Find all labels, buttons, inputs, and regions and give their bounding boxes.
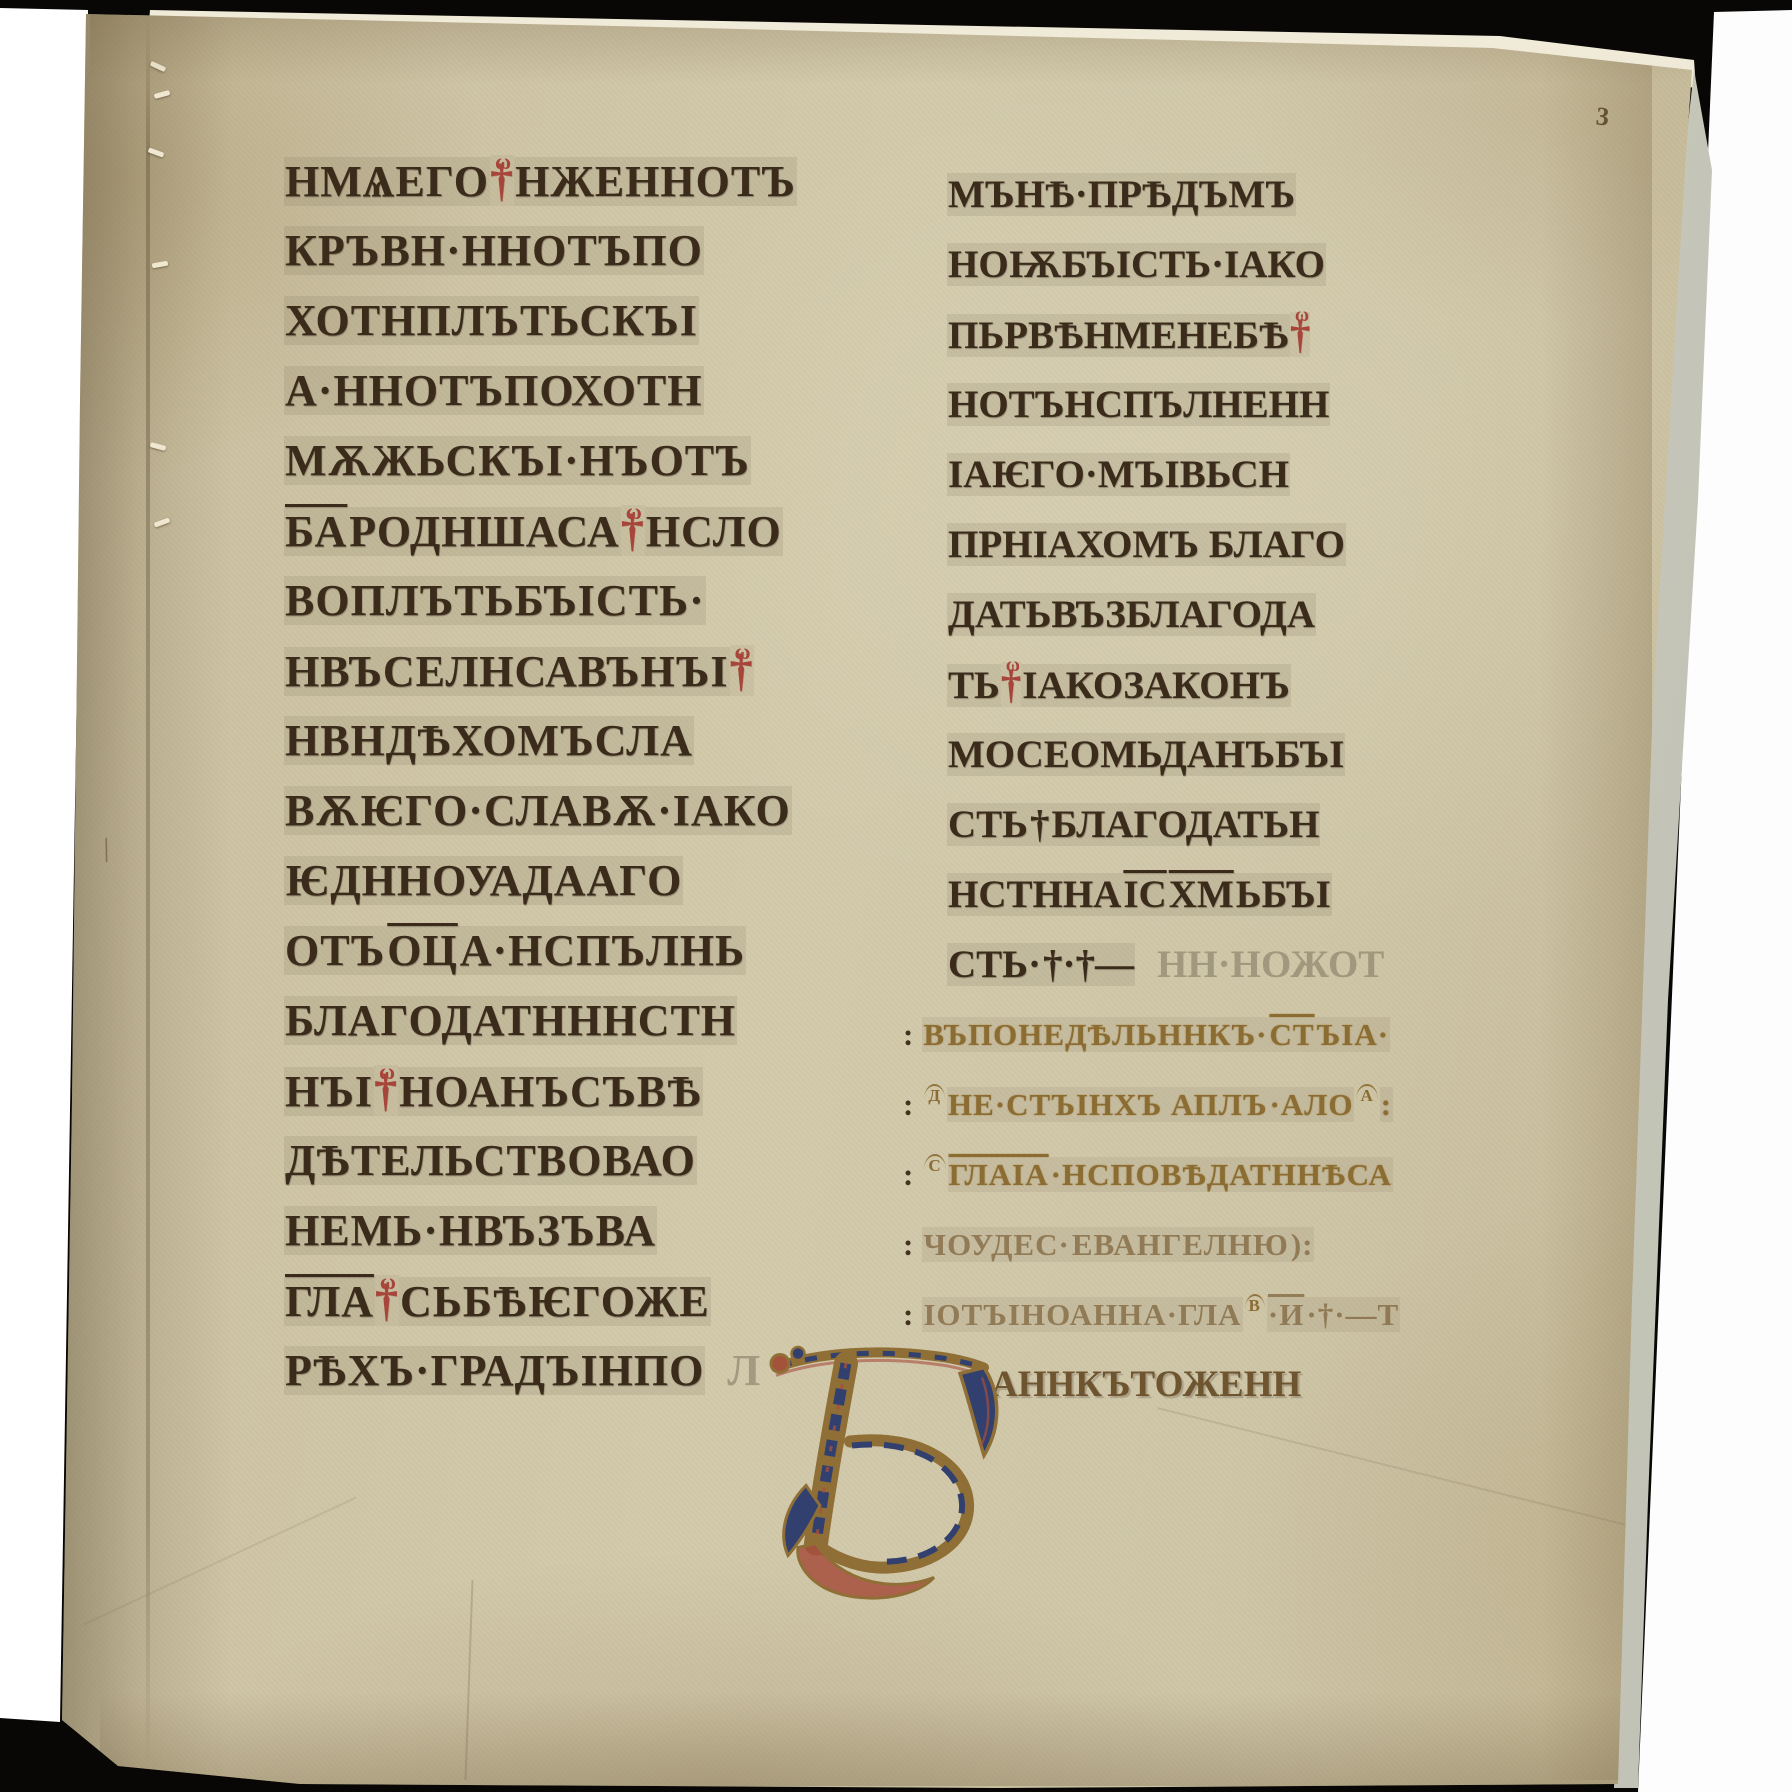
rubric-segment: НЕ·СТЪІНХЪ АПЛЪ [947,1087,1269,1122]
text-segment: СТЬ [947,803,1029,846]
initial-petal [771,1355,789,1373]
rubric-segment: ГЛАІА [948,1157,1050,1192]
text-line: МЪНѢ·ПРѢДЪМЪ [903,160,1403,230]
text-line: РѢХЪ·ГРАДЪІНПОЛ [284,1336,824,1406]
text-segment: НМѦЕГО [284,157,490,206]
text-line: :ДНЕ·СТЪІНХЪ АПЛЪ·АЛОА: [903,1070,1403,1140]
manuscript-scan: 3 / НМѦЕГОω†НЖЕННОТЪКРЪВН·ННОТЪПОХОТНПЛЪ… [0,0,1792,1792]
text-column-right: МЪНѢ·ПРѢДЪМЪНОѬБЪІСТЬ·ІАКОПЬРВѢНМЕНЕБѢω†… [903,160,1403,1420]
text-segment: НСТННА [947,873,1122,916]
text-segment: ДѢТЕЛЬСТВОВАО [284,1136,697,1185]
text-segment: НЕМЬ·НВЪЗЪВА [284,1206,657,1255]
text-segment: ВѪѤГО·СЛАВѪ·ІАКО [284,786,792,835]
rubric-segment: ЕВАНГЕЛНЮ [1071,1227,1290,1262]
text-line: :СГЛАІА·НСПОВѢДАТННѢСА [903,1140,1403,1210]
text-line: СТЬ†БЛАГОДАТЬН [903,790,1403,860]
text-line: МОСЕОМЬДАНЪБЪІ [903,720,1403,790]
text-segment: ХМ [1168,873,1235,916]
text-segment: А·НСПЪЛНЬ [459,926,746,975]
text-segment: ОЦ [386,926,458,975]
text-line: НОѬБЪІСТЬ·ІАКО [903,230,1403,300]
text-line: НВЪСЕЛНСАВЪНЪІω† [284,636,824,706]
text-segment: ДАТЬВЪЗБЛАГОДА [947,593,1316,636]
text-segment: ОТЪ [284,926,386,975]
binding-fold-line [146,14,150,1774]
bleedthrough-text: НН·НОЖОТ [1157,943,1384,986]
rubric-segment: С [924,1154,945,1175]
text-line: НОТЪНСПЪЛНЕНН [903,370,1403,440]
rubric-segment: ): [1290,1227,1315,1262]
text-line: БАРОДНШАСАω†НСЛО [284,496,824,566]
text-segment: МОСЕОМЬДАНЪБЪІ [947,733,1345,776]
rubric-segment: ЪІА· [1316,1017,1391,1052]
text-segment: ПРНІАХОМЪ БЛАГО [947,523,1346,566]
text-line: НЕМЬ·НВЪЗЪВА [284,1196,824,1266]
rubric-segment: ·И [1267,1297,1305,1332]
text-segment: НВНДѢХОМЪСЛА [284,716,694,765]
text-segment: ТЬ [947,664,1001,707]
text-segment: : [903,1157,914,1192]
rubric-segment: ВЪПОНЕДѢЛЬННКЪ· [922,1017,1268,1052]
text-line: НВНДѢХОМЪСЛА [284,706,824,776]
text-line: НМѦЕГОω†НЖЕННОТЪ [284,146,824,216]
page-bottom-shade [100,1692,1620,1786]
text-segment: †·†— [1042,943,1135,986]
text-segment: : [903,1297,914,1332]
text-segment: НОТЪНСПЪЛНЕНН [947,383,1330,426]
text-line: КРЪВН·ННОТЪПО [284,216,824,286]
text-segment: А·ННОТЪПОХОТН [284,366,704,415]
text-line: БЛАГОДАТНННСТН [284,986,824,1056]
text-segment: ІАКОЗАКОНЪ [1021,664,1291,707]
text-line: МѪЖЬСКЪІ·НЪОТЪ [284,426,824,496]
text-line: :ЧОУДЕС·ЕВАНГЕЛНЮ): [903,1210,1403,1280]
bleedthrough-text: Л [727,1346,761,1395]
text-segment: : [903,1087,914,1122]
rubric-segment: ·АЛО [1269,1087,1355,1122]
illuminated-initial [760,1332,1010,1627]
text-line: ГЛАω†СЬБѢѤГОЖЕ [284,1266,824,1336]
rubric-segment: ·†·—Т [1305,1297,1400,1332]
text-line: НСТННАІСХМЬБЪІ [903,860,1403,930]
text-segment: АННКЪТОЖЕНН [991,1364,1301,1405]
text-segment: БЛАГОДАТНННСТН [284,996,737,1045]
text-segment: РѢХЪ·ГРАДЪІНПО [284,1346,705,1395]
text-segment: : [903,1017,914,1052]
text-line: :ВЪПОНЕДѢЛЬННКЪ·СТЪІА· [903,1000,1403,1070]
text-segment: ѤДННОУАДААГО [284,856,683,905]
text-segment: ІС [1122,873,1167,916]
text-line: ѤДННОУАДААГО [284,846,824,916]
rubric-segment: ·НСПОВѢДАТННѢСА [1050,1157,1393,1192]
text-line: ВѪѤГО·СЛАВѪ·ІАКО [284,776,824,846]
initial-petal [792,1347,805,1360]
text-segment: ПЬРВѢНМЕНЕБѢ [947,314,1290,357]
text-segment: БА [284,507,348,556]
rubric-segment: СТ [1268,1017,1315,1052]
rubric-segment: В [1245,1294,1265,1315]
text-segment: † [1029,803,1051,846]
text-segment: СТЬ· [947,943,1042,986]
text-segment: ЬБЪІ [1235,873,1332,916]
text-segment: ІАѤГО·МЪІВЬСН [947,453,1290,496]
text-segment: НЖЕННОТЪ [514,157,797,206]
text-line: ХОТНПЛЪТЬСКЪІ [284,286,824,356]
rubric-segment: А [1356,1084,1377,1105]
text-segment: ГЛА [284,1277,375,1326]
text-segment: НОАНЪСЪВѢ [398,1067,703,1116]
text-line: ПРНІАХОМЪ БЛАГО [903,510,1403,580]
text-segment: МѪЖЬСКЪІ·НЪОТЪ [284,436,751,485]
text-segment: : [903,1227,914,1262]
initial-pendant-leaf [960,1368,997,1456]
text-line: ТЬω†ІАКОЗАКОНЪ [903,650,1403,720]
text-column-left: НМѦЕГОω†НЖЕННОТЪКРЪВН·ННОТЪПОХОТНПЛЪТЬСК… [284,146,824,1406]
text-line: ВОПЛЪТЬБЪІСТЬ· [284,566,824,636]
rubric-segment: : [1380,1087,1393,1122]
text-segment: ВОПЛЪТЬБЪІСТЬ· [284,576,706,625]
rubric-segment: Д [924,1084,945,1105]
text-segment: НЪІ [284,1067,374,1116]
text-segment: НСЛО [645,507,783,556]
text-line: ДАТЬВЪЗБЛАГОДА [903,580,1403,650]
text-segment: СЬБѢѤГОЖЕ [399,1277,711,1326]
text-line: ПЬРВѢНМЕНЕБѢω† [903,300,1403,370]
text-segment: ХОТНПЛЪТЬСКЪІ [284,296,699,345]
text-segment: БЛАГОДАТЬН [1050,803,1320,846]
rubric-segment: ІОТЪІНОАННА·ГЛА [922,1297,1242,1332]
text-segment: МЪНѢ·ПРѢДЪМЪ [947,173,1296,216]
text-segment: КРЪВН·ННОТЪПО [284,226,704,275]
text-line: СТЬ·†·†—НН·НОЖОТ [903,930,1403,1000]
rubric-segment: ЧОУДЕС· [922,1227,1070,1262]
text-line: НЪІω†НОАНЪСЪВѢ [284,1056,824,1126]
parchment-page: 3 / НМѦЕГОω†НЖЕННОТЪКРЪВН·ННОТЪПОХОТНПЛЪ… [0,0,1792,1792]
text-line: ІАѤГО·МЪІВЬСН [903,440,1403,510]
text-segment: РОДНШАСА [348,507,620,556]
text-line: А·ННОТЪПОХОТН [284,356,824,426]
text-line: ОТЪОЦА·НСПЪЛНЬ [284,916,824,986]
text-line: ДѢТЕЛЬСТВОВАО [284,1126,824,1196]
text-segment: НОѬБЪІСТЬ·ІАКО [947,243,1326,286]
text-segment: НВЪСЕЛНСАВЪНЪІ [284,647,730,696]
